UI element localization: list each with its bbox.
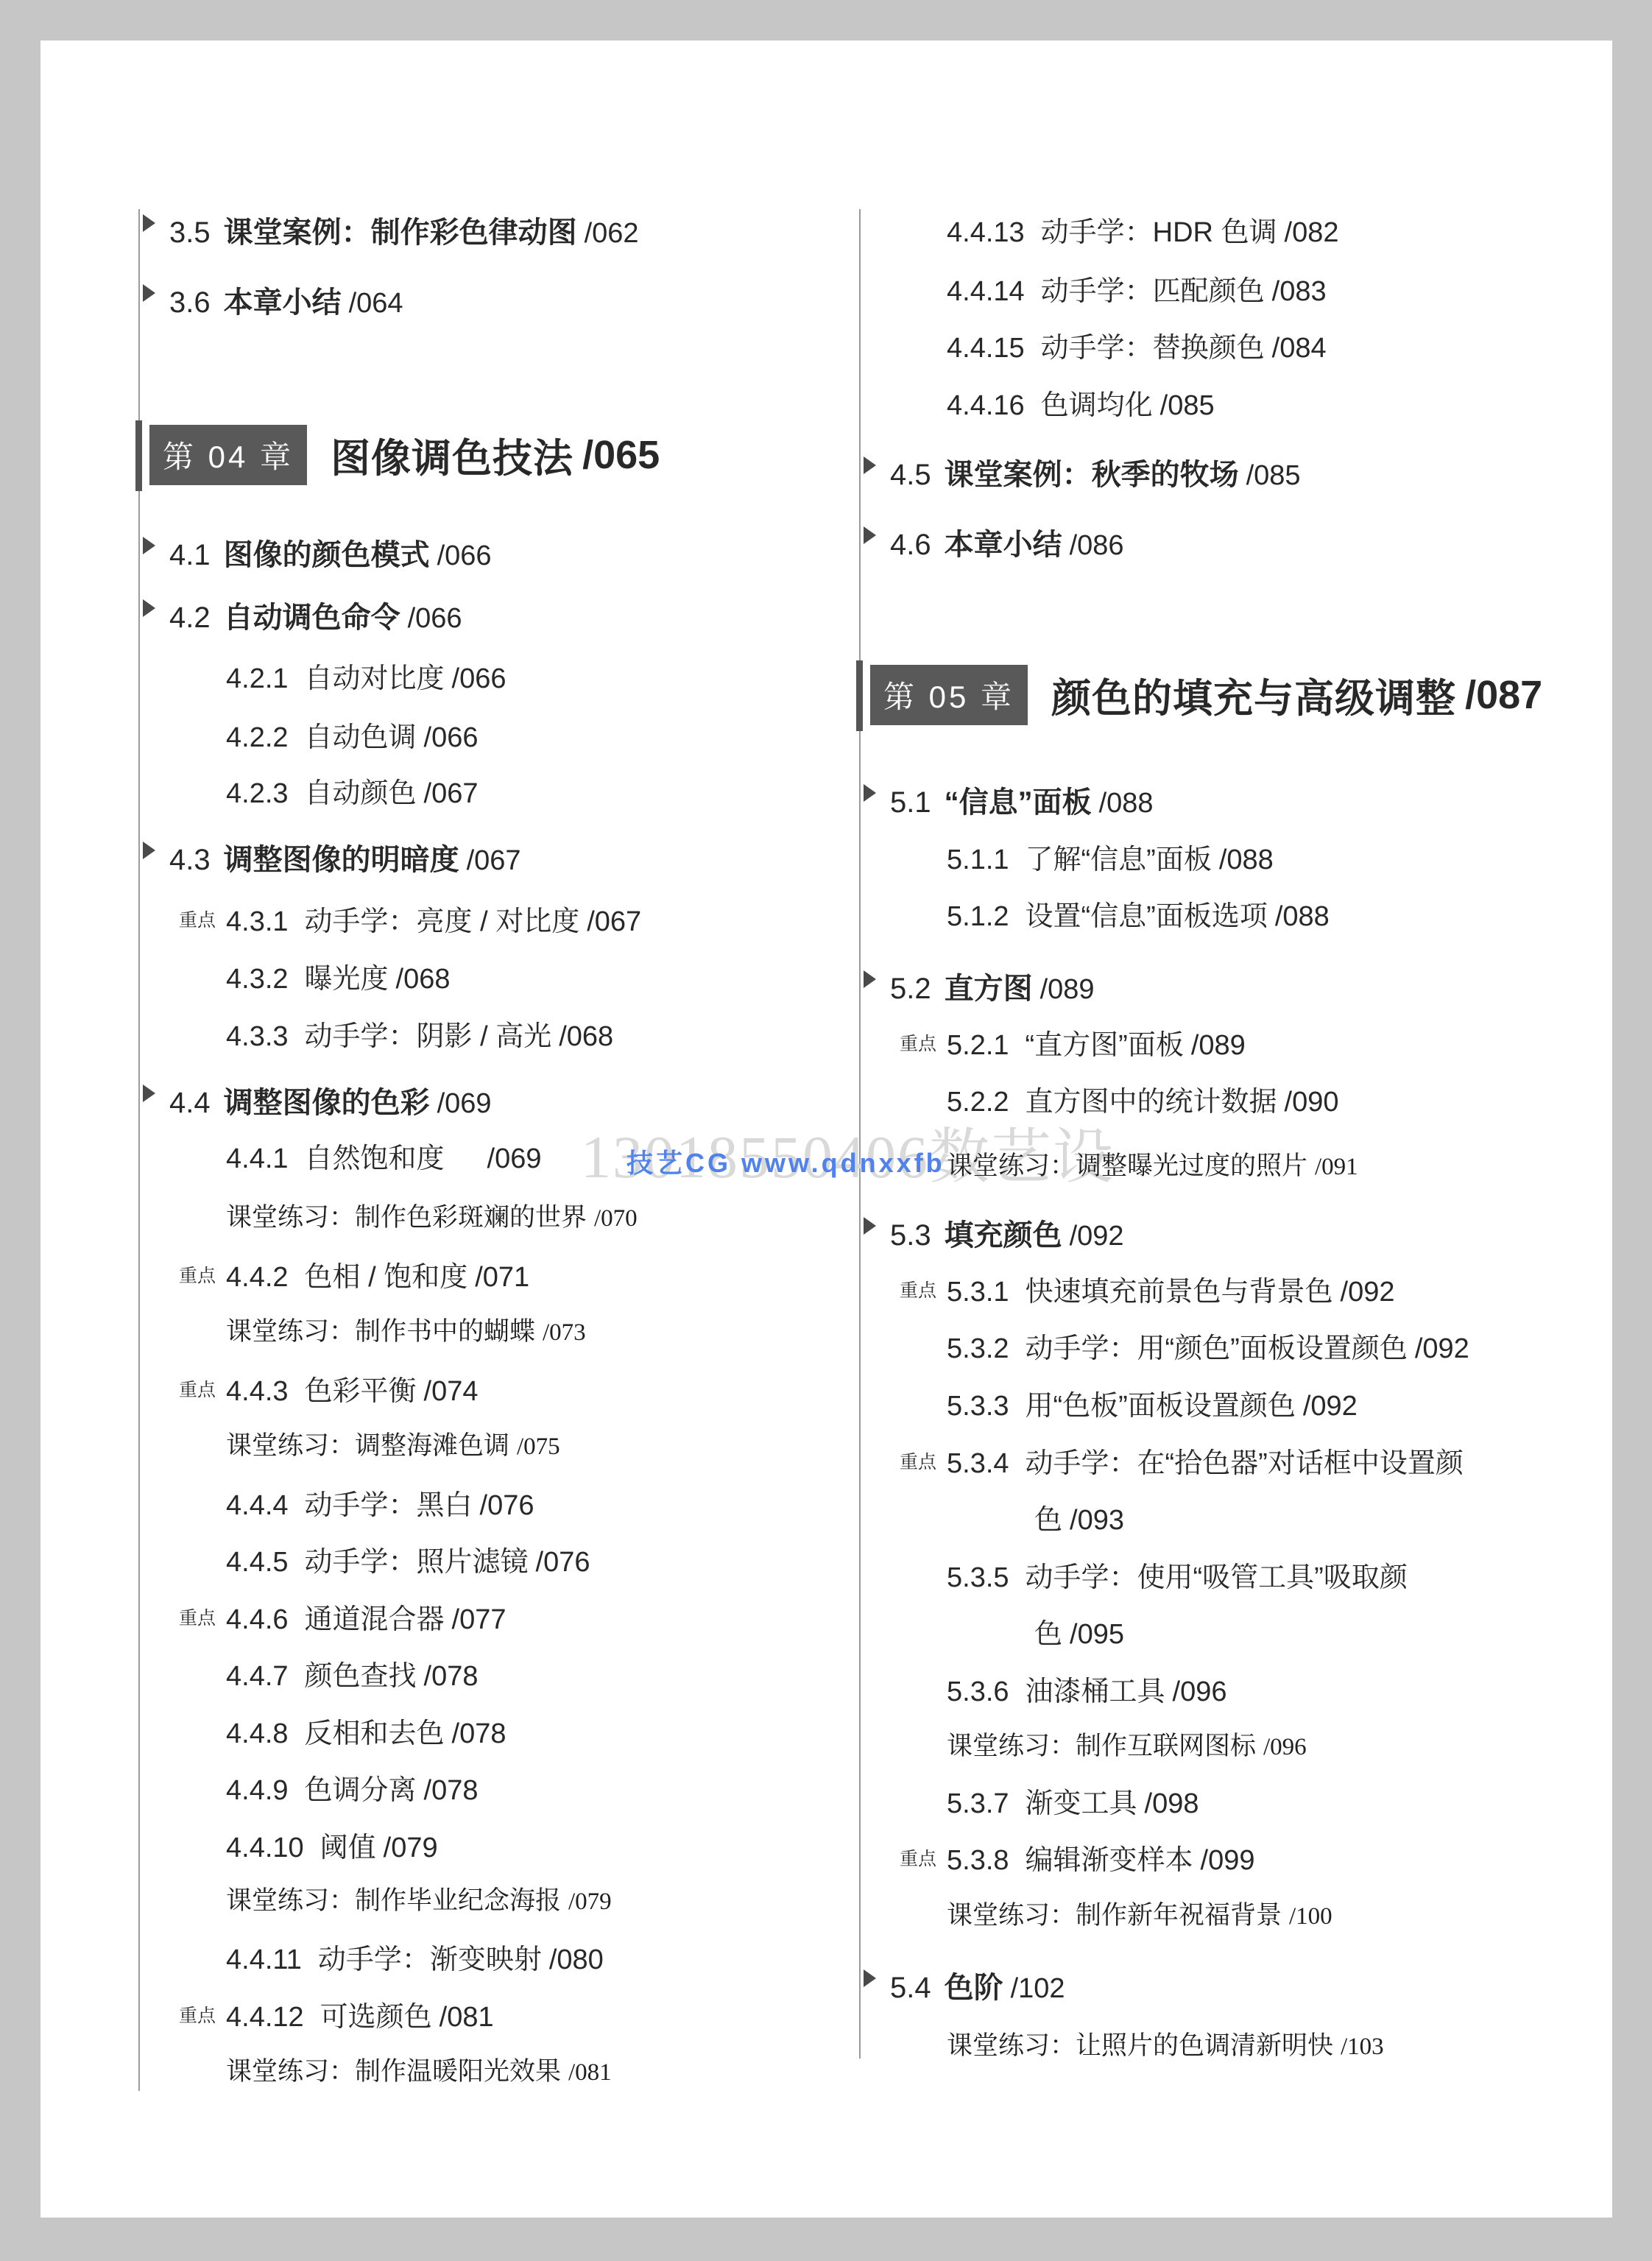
chapter-accent-bar [135, 420, 142, 491]
entry-label: 动手学：黑白 [305, 1490, 473, 1521]
entry-content: 课堂练习：让照片的色调清新明快/103 [947, 2025, 1384, 2062]
entry-page-number: /091 [1315, 1154, 1358, 1180]
entry-page-number: /078 [424, 1775, 479, 1806]
entry-label: “直方图”面板 [1026, 1030, 1184, 1061]
entry-number: 5.2.1 [947, 1030, 1009, 1061]
entry-label: 动手学：匹配颜色 [1041, 276, 1265, 307]
toc-entry: 4.2.3自动颜色/067 [139, 770, 479, 811]
entry-page-number: /069 [437, 1088, 492, 1119]
entry-content: 4.4.3色彩平衡/074 [226, 1368, 479, 1408]
entry-page-number: /100 [1289, 1903, 1332, 1930]
entry-content: 4.4.14动手学：匹配颜色/083 [947, 268, 1327, 308]
entry-label: 课堂练习：制作互联网图标 [947, 1732, 1256, 1760]
entry-label: 动手学：阴影 / 高光 [305, 1021, 552, 1052]
entry-page-number: /077 [452, 1604, 506, 1635]
triangle-bullet-icon [143, 214, 155, 232]
entry-label: 色相 / 饱和度 [305, 1262, 468, 1293]
entry-page-number: /079 [568, 1888, 612, 1915]
entry-page-number: /066 [437, 540, 492, 571]
chapter-badge: 第 05 章 [870, 665, 1028, 725]
entry-page-number: /103 [1341, 2034, 1384, 2060]
entry-label: 颜色查找 [305, 1661, 417, 1692]
entry-number: 5.2.2 [947, 1087, 1009, 1118]
toc-entry: 5.3.3用“色板”面板设置颜色/092 [860, 1383, 1358, 1423]
entry-label: 动手学：照片滤镜 [305, 1547, 529, 1578]
entry-content: 4.2.3自动颜色/067 [226, 770, 479, 811]
entry-number: 5.3.6 [947, 1676, 1009, 1707]
chapter-title: 图像调色技法 [331, 427, 573, 484]
entry-label: 直方图中的统计数据 [1026, 1087, 1277, 1118]
entry-number: 3.6 [169, 286, 211, 319]
entry-content: 4.3调整图像的明暗度/067 [169, 836, 521, 878]
toc-entry: 重点4.4.6通道混合器/077 [139, 1596, 506, 1637]
toc-entry: 课堂练习：制作色彩斑斓的世界/070 [139, 1197, 638, 1234]
entry-page-number: /084 [1272, 333, 1327, 364]
entry-label: 本章小结 [224, 286, 342, 319]
entry-content: 4.4.16色调均化/085 [947, 382, 1215, 423]
entry-page-number: /085 [1246, 460, 1301, 491]
entry-label: 快速填充前景色与背景色 [1026, 1277, 1333, 1308]
toc-entry: 5.3.2动手学：用“颜色”面板设置颜色/092 [860, 1325, 1469, 1366]
chapter-title: 颜色的填充与高级调整 [1051, 667, 1456, 724]
toc-entry: 课堂练习：制作新年祝福背景/100 [860, 1895, 1332, 1932]
entry-page-number: /096 [1173, 1676, 1227, 1707]
entry-content: 5.1“信息”面板/088 [890, 779, 1154, 821]
importance-marker: 重点 [900, 1447, 936, 1474]
triangle-bullet-icon [143, 284, 155, 302]
entry-label: 动手学：亮度 / 对比度 [305, 906, 580, 937]
entry-page-number: /067 [587, 906, 641, 937]
entry-label: 阈值 [320, 1833, 376, 1863]
toc-entry: 课堂练习：调整海滩色调/075 [139, 1425, 560, 1462]
entry-number: 5.1.2 [947, 901, 1009, 932]
triangle-bullet-icon [864, 970, 876, 988]
toc-entry: 4.4.11动手学：渐变映射/080 [139, 1936, 604, 1977]
entry-number: 4.4.13 [947, 217, 1025, 248]
entry-label: 动手学：HDR 色调 [1041, 217, 1277, 248]
triangle-bullet-icon [864, 784, 876, 802]
entry-number: 4.3.3 [226, 1021, 289, 1052]
toc-entry: 课堂练习：制作互联网图标/096 [860, 1726, 1307, 1763]
entry-label: 课堂练习：制作书中的蝴蝶 [226, 1317, 535, 1346]
entry-page-number: /092 [1303, 1391, 1358, 1422]
entry-page-number: /088 [1275, 901, 1330, 932]
entry-number: 4.2.1 [226, 663, 289, 694]
entry-content: 4.2.2自动色调/066 [226, 714, 479, 755]
entry-label: 动手学：替换颜色 [1041, 333, 1265, 364]
toc-entry: 重点5.2.1“直方图”面板/089 [860, 1022, 1246, 1062]
entry-content: 课堂练习：制作新年祝福背景/100 [947, 1895, 1332, 1932]
toc-entry: 重点5.3.4动手学：在“拾色器”对话框中设置颜 [860, 1440, 1464, 1481]
entry-label: 渐变工具 [1026, 1788, 1137, 1819]
entry-label: 动手学：在“拾色器”对话框中设置颜 [1026, 1448, 1464, 1479]
triangle-bullet-icon [864, 526, 876, 544]
entry-number: 4.4.12 [226, 2002, 304, 2033]
triangle-bullet-icon [864, 1217, 876, 1235]
entry-number: 5.3.8 [947, 1845, 1009, 1876]
entry-number: 4.4.5 [226, 1547, 289, 1578]
entry-content: 5.3.2动手学：用“颜色”面板设置颜色/092 [947, 1325, 1469, 1366]
entry-label: 油漆桶工具 [1026, 1676, 1165, 1707]
entry-content: 课堂练习：调整曝光过度的照片/091 [947, 1146, 1358, 1182]
entry-label: 课堂案例：秋季的牧场 [945, 459, 1239, 491]
toc-entry: 3.6本章小结/064 [139, 279, 403, 321]
entry-content: 课堂练习：调整海滩色调/075 [226, 1425, 560, 1462]
entry-page-number: /079 [384, 1833, 438, 1863]
entry-content: 4.4.10阈值/079 [226, 1824, 438, 1865]
entry-content: 5.3.4动手学：在“拾色器”对话框中设置颜 [947, 1440, 1464, 1481]
entry-content: 5.1.1了解“信息”面板/088 [947, 836, 1274, 877]
entry-label: 课堂练习：制作温暖阳光效果 [226, 2057, 561, 2086]
entry-page-number: /078 [452, 1718, 506, 1749]
entry-number: 5.3 [890, 1219, 931, 1252]
chapter-heading: 第 04 章图像调色技法/065 [139, 425, 660, 485]
entry-number: 5.1 [890, 786, 931, 819]
entry-content: 5.4色阶/102 [890, 1964, 1065, 2006]
entry-page-number: /064 [349, 288, 403, 319]
entry-label: 课堂练习：让照片的色调清新明快 [947, 2031, 1333, 2060]
entry-label: 自动色调 [305, 722, 417, 753]
entry-number: 4.3 [169, 844, 211, 876]
entry-label: 自动调色命令 [224, 602, 400, 634]
entry-page-number: /085 [1160, 390, 1215, 421]
entry-label: 动手学：渐变映射 [318, 1944, 542, 1975]
entry-number: 4.4.15 [947, 333, 1025, 364]
entry-page-number: /067 [424, 778, 479, 809]
entry-content: 5.3.5动手学：使用“吸管工具”吸取颜 [947, 1554, 1408, 1595]
entry-number: 4.4.11 [226, 1944, 302, 1975]
entry-page-number: /082 [1285, 217, 1339, 248]
chapter-heading: 第 05 章颜色的填充与高级调整/087 [860, 665, 1542, 725]
entry-number: 4.3.1 [226, 906, 289, 937]
entry-content: 课堂练习：制作温暖阳光效果/081 [226, 2051, 612, 2088]
entry-content: 课堂练习：制作书中的蝴蝶/073 [226, 1311, 586, 1348]
entry-content: 4.4.4动手学：黑白/076 [226, 1482, 534, 1523]
entry-label: 用“色板”面板设置颜色 [1026, 1391, 1296, 1422]
toc-entry: 4.4.7颜色查找/078 [139, 1653, 479, 1693]
chapter-page-number: /087 [1465, 672, 1542, 718]
entry-number: 4.3.2 [226, 964, 289, 995]
entry-page-number: /099 [1201, 1845, 1255, 1876]
toc-entry: 4.4.16色调均化/085 [860, 382, 1215, 423]
entry-page-number: /098 [1145, 1788, 1199, 1819]
entry-content: 4.1图像的颜色模式/066 [169, 532, 492, 574]
entry-content: 4.4.1自然饱和度/069 [226, 1135, 542, 1176]
entry-content: 3.6本章小结/064 [169, 279, 403, 321]
entry-page-number: /073 [543, 1319, 586, 1346]
entry-number: 5.3.5 [947, 1562, 1009, 1593]
entry-label: 图像的颜色模式 [224, 539, 430, 571]
entry-page-number: /076 [536, 1547, 590, 1578]
entry-page-number: /092 [1341, 1277, 1395, 1308]
entry-content: 4.4.15动手学：替换颜色/084 [947, 325, 1327, 365]
entry-number: 5.3.7 [947, 1788, 1009, 1819]
entry-content: 5.3.7渐变工具/098 [947, 1780, 1199, 1821]
entry-page-number: /067 [467, 845, 521, 876]
entry-content: 4.4.9色调分离/078 [226, 1767, 479, 1807]
entry-content: 5.2.1“直方图”面板/089 [947, 1022, 1246, 1062]
entry-number: 4.6 [890, 529, 931, 561]
toc-entry: 课堂练习：制作毕业纪念海报/079 [139, 1880, 612, 1917]
triangle-bullet-icon [864, 1969, 876, 1987]
entry-page-number: /095 [1070, 1619, 1124, 1650]
importance-marker: 重点 [179, 1261, 216, 1288]
entry-label: 课堂案例：制作彩色律动图 [224, 216, 577, 249]
toc-entry: 4.4.9色调分离/078 [139, 1767, 479, 1807]
toc-entry: 4.2自动调色命令/066 [139, 594, 462, 636]
toc-entry: 4.4.1自然饱和度/069 [139, 1135, 542, 1176]
entry-number: 4.4.6 [226, 1604, 289, 1635]
entry-label: 通道混合器 [305, 1604, 445, 1635]
entry-number: 5.3.4 [947, 1448, 1009, 1479]
entry-page-number: /066 [452, 663, 506, 694]
toc-entry: 4.4.4动手学：黑白/076 [139, 1482, 534, 1523]
chapter-page-number: /065 [582, 432, 660, 478]
entry-page-number: /088 [1099, 788, 1154, 819]
entry-page-number: /080 [549, 1944, 604, 1975]
entry-page-number: /086 [1070, 530, 1124, 561]
toc-entry: 4.4.10阈值/079 [139, 1824, 438, 1865]
toc-entry: 4.4.8反相和去色/078 [139, 1710, 506, 1751]
entry-page-number: /096 [1263, 1734, 1307, 1760]
entry-label: 可选颜色 [320, 2002, 432, 2033]
entry-content: 4.3.1动手学：亮度 / 对比度/067 [226, 898, 641, 939]
toc-entry: 4.3调整图像的明暗度/067 [139, 836, 521, 878]
entry-number: 4.2.3 [226, 778, 289, 809]
toc-entry: 4.3.3动手学：阴影 / 高光/068 [139, 1013, 613, 1054]
entry-label: 本章小结 [945, 529, 1062, 561]
toc-entry: 4.6本章小结/086 [860, 521, 1124, 563]
toc-entry: 4.2.2自动色调/066 [139, 714, 479, 755]
importance-marker: 重点 [179, 1604, 216, 1630]
triangle-bullet-icon [864, 456, 876, 474]
entry-page-number: /102 [1011, 1973, 1065, 2004]
toc-entry: 5.1.2设置“信息”面板选项/088 [860, 893, 1330, 934]
entry-page-number: /089 [1040, 974, 1095, 1005]
entry-label: 调整图像的色彩 [224, 1087, 430, 1119]
entry-page-number: /074 [424, 1376, 479, 1407]
entry-content: 5.2直方图/089 [890, 965, 1095, 1007]
toc-entry: 课堂练习：让照片的色调清新明快/103 [860, 2025, 1384, 2062]
entry-label: 课堂练习：调整海滩色调 [226, 1431, 509, 1460]
entry-number: 4.2.2 [226, 722, 289, 753]
entry-label: 课堂练习：制作色彩斑斓的世界 [226, 1203, 587, 1232]
entry-number: 5.3.3 [947, 1391, 1009, 1422]
toc-entry: 课堂练习：制作温暖阳光效果/081 [139, 2051, 612, 2088]
toc-entry: 5.1.1了解“信息”面板/088 [860, 836, 1274, 877]
toc-entry: 5.3.5动手学：使用“吸管工具”吸取颜 [860, 1554, 1408, 1595]
toc-entry: 5.3.6油漆桶工具/096 [860, 1668, 1227, 1709]
entry-page-number: /089 [1191, 1030, 1246, 1061]
entry-page-number: /066 [408, 603, 462, 634]
entry-page-number: /081 [568, 2059, 612, 2086]
entry-page-number: /068 [559, 1021, 613, 1052]
entry-number: 4.4.14 [947, 276, 1025, 307]
importance-marker: 重点 [179, 906, 216, 932]
entry-page-number: /081 [440, 2002, 494, 2033]
entry-content: 4.2.1自动对比度/066 [226, 655, 506, 696]
entry-page-number: /076 [480, 1490, 534, 1521]
entry-page-number: /083 [1272, 276, 1327, 307]
toc-entry: 重点4.4.12可选颜色/081 [139, 1994, 494, 2034]
entry-page-number: /071 [475, 1262, 529, 1293]
entry-number: 4.4.4 [226, 1490, 289, 1521]
entry-number: 4.4.16 [947, 390, 1025, 421]
toc-page: 13018550406数艺设 技艺CG www.qdnxxfb 3.5课堂案例：… [0, 0, 1652, 2261]
importance-marker: 重点 [900, 1276, 936, 1302]
entry-label: 直方图 [945, 973, 1033, 1005]
entry-page-number: /078 [424, 1661, 479, 1692]
entry-page-number: /092 [1070, 1221, 1124, 1252]
entry-label: 课堂练习：调整曝光过度的照片 [947, 1151, 1307, 1180]
entry-label: 自然饱和度 [305, 1143, 445, 1174]
toc-entry: 4.5课堂案例：秋季的牧场/085 [860, 451, 1301, 493]
toc-entry: 重点5.3.8编辑渐变样本/099 [860, 1837, 1255, 1877]
importance-marker: 重点 [900, 1029, 936, 1056]
entry-label: “信息”面板 [945, 786, 1092, 819]
entry-number: 4.4.2 [226, 1262, 289, 1293]
toc-entry: 4.3.2曝光度/068 [139, 956, 451, 996]
entry-content: 4.6本章小结/086 [890, 521, 1124, 563]
toc-entry: 课堂练习：制作书中的蝴蝶/073 [139, 1311, 586, 1348]
entry-content: 5.1.2设置“信息”面板选项/088 [947, 893, 1330, 934]
toc-entry: 重点4.3.1动手学：亮度 / 对比度/067 [139, 898, 641, 939]
entry-page-number: /090 [1285, 1087, 1339, 1118]
entry-number: 4.4.9 [226, 1775, 289, 1806]
toc-entry: 5.4色阶/102 [860, 1964, 1065, 2006]
entry-content: 4.4.2色相 / 饱和度/071 [226, 1254, 529, 1294]
triangle-bullet-icon [143, 842, 155, 859]
entry-label: 色调分离 [305, 1775, 417, 1806]
entry-number: 4.2 [169, 602, 211, 634]
toc-entry: 4.1图像的颜色模式/066 [139, 532, 492, 574]
entry-page-number: /068 [396, 964, 451, 995]
entry-page-number: /069 [487, 1143, 542, 1174]
entry-content: 5.2.2直方图中的统计数据/090 [947, 1079, 1339, 1119]
entry-label: 反相和去色 [305, 1718, 445, 1749]
triangle-bullet-icon [143, 599, 155, 617]
entry-number: 5.3.2 [947, 1333, 1009, 1364]
entry-label: 动手学：用“颜色”面板设置颜色 [1026, 1333, 1408, 1364]
triangle-bullet-icon [143, 537, 155, 554]
toc-entry: 4.2.1自动对比度/066 [139, 655, 506, 696]
entry-content: 课堂练习：制作色彩斑斓的世界/070 [226, 1197, 638, 1234]
importance-marker: 重点 [179, 2001, 216, 2028]
entry-label: 曝光度 [305, 964, 389, 995]
toc-entry: 5.3填充颜色/092 [860, 1212, 1124, 1254]
toc-entry: 重点5.3.1快速填充前景色与背景色/092 [860, 1269, 1395, 1309]
entry-content: 4.4.5动手学：照片滤镜/076 [226, 1539, 590, 1579]
entry-content: 5.3.8编辑渐变样本/099 [947, 1837, 1255, 1877]
toc-entry: 5.2.2直方图中的统计数据/090 [860, 1079, 1339, 1119]
entry-label: 色 [1034, 1619, 1062, 1650]
toc-entry: 5.2直方图/089 [860, 965, 1095, 1007]
entry-content: 课堂练习：制作毕业纪念海报/079 [226, 1880, 612, 1917]
toc-entry: 4.4.5动手学：照片滤镜/076 [139, 1539, 590, 1579]
entry-number: 5.3.1 [947, 1277, 1009, 1308]
entry-page-number: /062 [585, 218, 639, 249]
entry-content: 色/095 [1034, 1611, 1124, 1651]
entry-content: 课堂练习：制作互联网图标/096 [947, 1726, 1307, 1763]
entry-page-number: /092 [1415, 1333, 1469, 1364]
entry-content: 4.4.12可选颜色/081 [226, 1994, 494, 2034]
entry-content: 5.3.6油漆桶工具/096 [947, 1668, 1227, 1709]
entry-number: 4.1 [169, 539, 211, 571]
entry-content: 4.4.13动手学：HDR 色调/082 [947, 209, 1339, 250]
entry-page-number: /070 [594, 1205, 638, 1232]
importance-marker: 重点 [179, 1375, 216, 1402]
entry-number: 3.5 [169, 216, 211, 249]
entry-content: 4.4.11动手学：渐变映射/080 [226, 1936, 604, 1977]
toc-entry: 重点4.4.2色相 / 饱和度/071 [139, 1254, 529, 1294]
toc-entry: 3.5课堂案例：制作彩色律动图/062 [139, 209, 639, 251]
toc-entry: 课堂练习：调整曝光过度的照片/091 [860, 1146, 1358, 1182]
entry-page-number: /093 [1070, 1505, 1124, 1536]
entry-label: 色调均化 [1041, 390, 1153, 421]
entry-content: 4.3.3动手学：阴影 / 高光/068 [226, 1013, 613, 1054]
entry-number: 5.2 [890, 973, 931, 1005]
importance-marker: 重点 [900, 1844, 936, 1871]
entry-page-number: /075 [517, 1433, 560, 1460]
chapter-badge: 第 04 章 [149, 425, 307, 485]
entry-number: 5.4 [890, 1972, 931, 2004]
entry-label: 自动对比度 [305, 663, 445, 694]
toc-entry: 5.1“信息”面板/088 [860, 779, 1154, 821]
entry-content: 3.5课堂案例：制作彩色律动图/062 [169, 209, 639, 251]
entry-content: 5.3填充颜色/092 [890, 1212, 1124, 1254]
toc-entry: 重点4.4.3色彩平衡/074 [139, 1368, 479, 1408]
toc-entry: 4.4.13动手学：HDR 色调/082 [860, 209, 1339, 250]
entry-number: 5.1.1 [947, 844, 1009, 875]
entry-number: 4.4 [169, 1087, 211, 1119]
entry-content: 4.5课堂案例：秋季的牧场/085 [890, 451, 1301, 493]
entry-content: 5.3.1快速填充前景色与背景色/092 [947, 1269, 1395, 1309]
entry-number: 4.4.3 [226, 1376, 289, 1407]
entry-number: 4.5 [890, 459, 931, 491]
entry-page-number: /066 [424, 722, 479, 753]
entry-label: 设置“信息”面板选项 [1026, 901, 1268, 932]
toc-entry: 色/095 [860, 1611, 1124, 1651]
entry-page-number: /088 [1219, 844, 1274, 875]
entry-label: 调整图像的明暗度 [224, 844, 459, 876]
entry-label: 课堂练习：制作新年祝福背景 [947, 1901, 1282, 1930]
entry-content: 4.4.6通道混合器/077 [226, 1596, 506, 1637]
entry-label: 自动颜色 [305, 778, 417, 809]
toc-entry: 4.4调整图像的色彩/069 [139, 1079, 492, 1121]
entry-content: 4.2自动调色命令/066 [169, 594, 462, 636]
entry-label: 动手学：使用“吸管工具”吸取颜 [1026, 1562, 1408, 1593]
entry-number: 4.4.10 [226, 1833, 304, 1863]
entry-number: 4.4.7 [226, 1661, 289, 1692]
entry-number: 4.4.8 [226, 1718, 289, 1749]
entry-content: 色/093 [1034, 1497, 1124, 1537]
toc-entry: 5.3.7渐变工具/098 [860, 1780, 1199, 1821]
entry-label: 色阶 [945, 1972, 1003, 2004]
entry-label: 色 [1034, 1505, 1062, 1536]
entry-content: 4.4.7颜色查找/078 [226, 1653, 479, 1693]
toc-entry: 4.4.14动手学：匹配颜色/083 [860, 268, 1327, 308]
entry-label: 课堂练习：制作毕业纪念海报 [226, 1886, 561, 1915]
entry-label: 了解“信息”面板 [1026, 844, 1212, 875]
entry-content: 5.3.3用“色板”面板设置颜色/092 [947, 1383, 1358, 1423]
entry-label: 填充颜色 [945, 1219, 1062, 1252]
entry-content: 4.4.8反相和去色/078 [226, 1710, 506, 1751]
entry-label: 色彩平衡 [305, 1376, 417, 1407]
triangle-bullet-icon [143, 1084, 155, 1102]
entry-content: 4.3.2曝光度/068 [226, 956, 451, 996]
entry-label: 编辑渐变样本 [1026, 1845, 1193, 1876]
entry-number: 4.4.1 [226, 1143, 289, 1174]
